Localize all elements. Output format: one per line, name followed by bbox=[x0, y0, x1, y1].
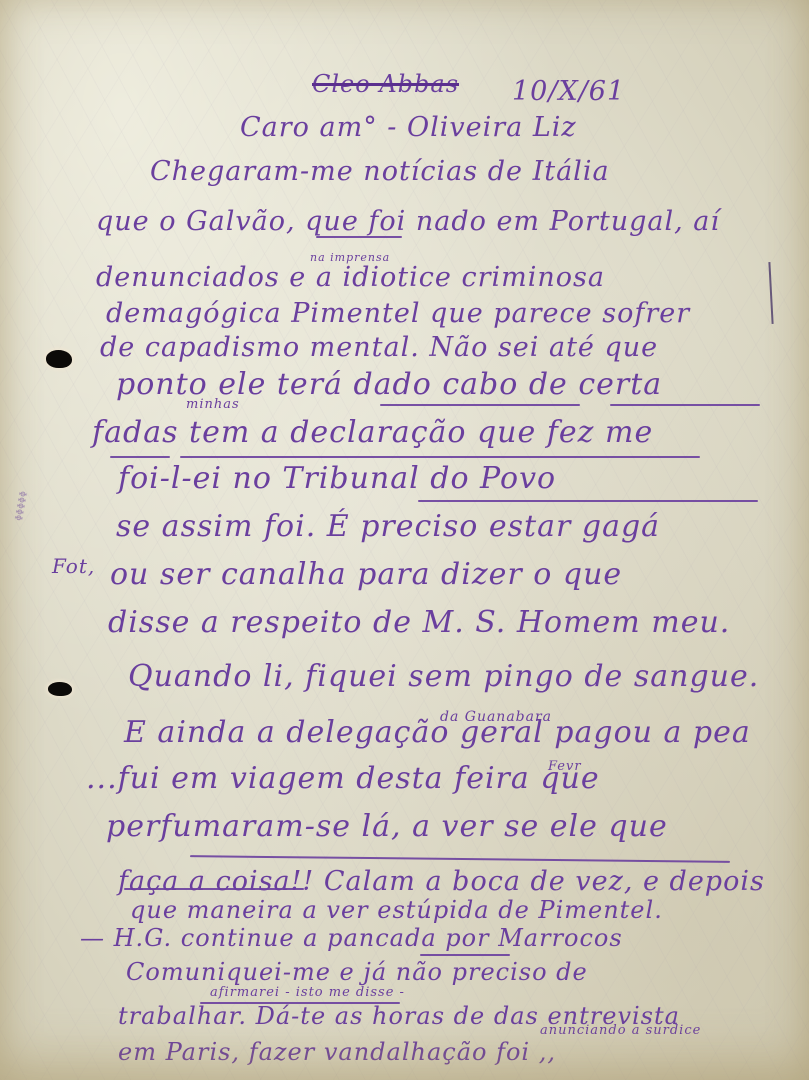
line-5: de capadismo mental. Não sei até que bbox=[100, 334, 658, 361]
margin-vertical-line bbox=[768, 262, 773, 324]
line-21: em Paris, fazer vandalhação foi ,, bbox=[118, 1040, 556, 1064]
margin-fragment: Fot, bbox=[52, 556, 95, 576]
line-15: perfumaram-se lá, a ver se ele que bbox=[106, 812, 668, 842]
line-7: fadas tem a declaração que fez me bbox=[92, 418, 653, 448]
letter-date: 10/X/61 bbox=[512, 78, 625, 105]
letter-page: ΦΦΦΦΦ Cleo Abbas 10/X/61 Caro am° - Oliv… bbox=[0, 0, 809, 1080]
salutation: Caro am° - Oliveira Liz bbox=[240, 114, 577, 141]
line-2: que o Galvão, que foi nado em Portugal, … bbox=[96, 208, 720, 235]
insert-minhas: minhas bbox=[186, 398, 240, 411]
binding-hole-top bbox=[46, 350, 72, 368]
line-12: Quando li, fiquei sem pingo de sangue. bbox=[128, 662, 759, 692]
line-9: se assim foi. É preciso estar gagá bbox=[116, 512, 660, 542]
underline-faca-a-coisa bbox=[124, 888, 304, 890]
line-14: ...fui em viagem desta feira que bbox=[86, 764, 600, 794]
line-1: Chegaram-me notícias de Itália bbox=[150, 158, 610, 185]
underline-salazas bbox=[190, 855, 730, 863]
line-13: E ainda a delegação geral pagou a pea bbox=[124, 718, 751, 748]
insert-fevr: Fevr bbox=[548, 760, 582, 773]
insert-anunciando: anunciando a surdice bbox=[540, 1024, 701, 1037]
line-19: Comuniquei-me e já não preciso de bbox=[126, 960, 588, 984]
line-11: disse a respeito de M. S. Homem meu. bbox=[108, 608, 730, 638]
binding-hole-bottom bbox=[48, 682, 72, 696]
line-4: demagógica Pimentel que parece sofrer bbox=[106, 300, 690, 327]
underline-pancada bbox=[420, 954, 510, 956]
line-6: ponto ele terá dado cabo de certa bbox=[116, 370, 662, 400]
line-18: — H.G. continue a pancada por Marrocos bbox=[80, 926, 623, 950]
insert-afirmarei: afirmarei - isto me disse - bbox=[210, 986, 405, 999]
line-3: denunciados e a idiotice criminosa bbox=[96, 264, 605, 291]
line-17: que maneira a ver estúpida de Pimentel. bbox=[130, 898, 663, 922]
underline-tribunal-do-povo bbox=[418, 500, 758, 502]
underline-declaracao bbox=[180, 456, 700, 458]
margin-scribble: ΦΦΦΦΦ bbox=[14, 490, 30, 522]
underline-nado bbox=[316, 236, 402, 238]
underline-dado-cabo bbox=[380, 404, 580, 406]
line-10: ou ser canalha para dizer o que bbox=[110, 560, 622, 590]
struck-out-word: Cleo Abbas bbox=[312, 72, 459, 96]
underline-de-certa bbox=[610, 404, 760, 406]
line-16: faça a coisa!! Calam a boca de vez, e de… bbox=[118, 868, 765, 895]
underline-fadas bbox=[110, 456, 170, 458]
line-8: foi-l-ei no Tribunal do Povo bbox=[118, 464, 556, 494]
